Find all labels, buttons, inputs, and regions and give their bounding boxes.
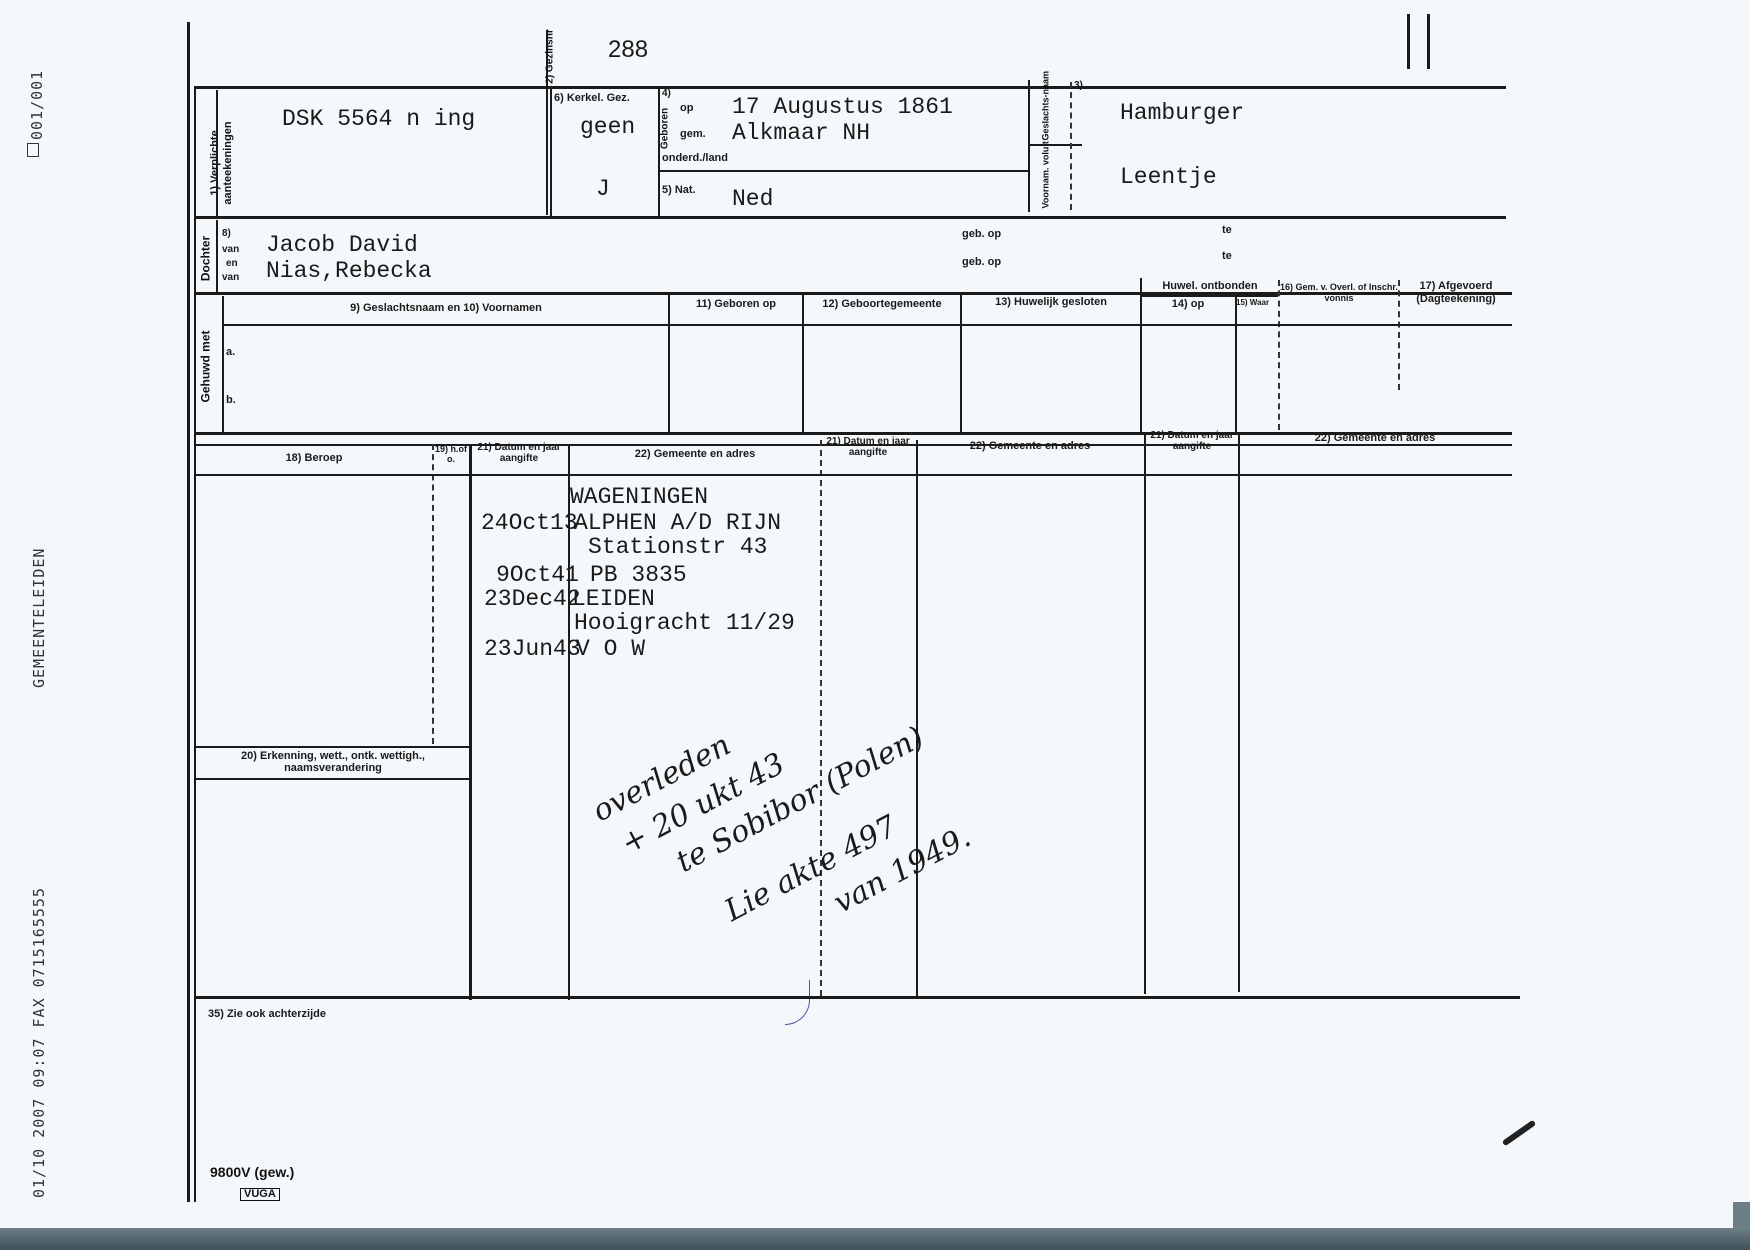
dochter-label: Dochter [200,229,213,289]
fax-page-number: 001/001 [28,70,46,140]
geslachtsnaam-value: Hamburger [1120,100,1244,126]
address-text: WAGENINGEN [570,484,708,510]
op-value: 17 Augustus 1861 [732,94,953,120]
van-label-2: van [222,272,239,283]
en-label: en [226,258,238,269]
address-text: PB 3835 [590,562,687,588]
scanner-edge [0,1228,1750,1250]
address-date: 23Dec42 [484,586,581,612]
fax-line: 01/10 2007 09:07 FAX 0715165555 [30,887,48,1198]
huwelijk-header-gemeente: 12) Geboortegemeente [804,298,960,310]
geb-op-label-1: geb. op [962,228,1001,240]
fax-sender: GEMEENTELEIDEN [30,548,48,688]
gem-label: gem. [680,128,706,140]
address-date: 9Oct41 [496,562,579,588]
gemeente-label-2: 22) Gemeente en adres [918,440,1142,452]
beroep-label: 18) Beroep [196,452,432,464]
geb-op-label-2: geb. op [962,256,1001,268]
gezinsnr-value: 288 [608,36,648,64]
huwelijk-header-op: 14) op [1142,298,1234,310]
nat-value: Ned [732,186,773,212]
address-text: ALPHEN A/D RIJN [574,510,781,536]
address-text: Stationstr 43 [588,534,767,560]
scanner-edge-corner [1733,1202,1750,1230]
huwelijk-header-naam: 9) Geslachtsnaam en 10) Voornamen [224,302,668,314]
geboren-label: Geboren [659,104,672,154]
huwelijk-row-a: a. [226,346,235,358]
gemeente-label-3: 22) Gemeente en adres [1240,432,1510,444]
gemeente-label-1: 22) Gemeente en adres [570,448,820,460]
fax-icon [27,143,39,157]
form-code: 9800V (gew.) [210,1164,294,1180]
onderd-label: onderd./land [662,152,728,164]
address-date: 23Jun43 [484,636,581,662]
gehuwd-label: Gehuwd met [200,327,213,407]
geboren-num: 4) [662,88,671,99]
huwelijk-header-gesloten: 13) Huwelijk gesloten [962,296,1140,308]
printer-mark: VUGA [240,1188,280,1201]
vader-name: Jacob David [266,232,418,258]
te-label-2: te [1222,250,1232,262]
datum-label-3: 21) Datum en jaar aangifte [1146,430,1238,452]
kerkgez-label: 6) Kerkel. Gez. [554,92,630,104]
geslachtsnaam-label: Geslachts-naam [1040,81,1053,141]
van-label-1: van [222,244,239,255]
kerkgez-value: geen [580,114,635,140]
gezinsnr-label: 2) Gezinsnr [544,27,557,87]
voornaam-label: Voornam. voluit [1040,149,1053,209]
pen-mark [785,980,810,1025]
te-label-1: te [1222,224,1232,236]
scan-smudge [1502,1120,1537,1147]
datum-label-1: 21) Datum en jaar aangifte [472,442,566,464]
huwelijk-header-geboren: 11) Geboren op [670,298,802,310]
gem-value: Alkmaar NH [732,120,870,146]
address-text: V O W [576,636,645,662]
address-text: LEIDEN [572,586,655,612]
huwelijk-header-waar: 15) Waar [1236,298,1269,307]
huwelijk-header-afgevoerd: 17) Afgevoerd (Dagteekening) [1400,280,1512,306]
ouders-num: 8) [222,228,231,239]
address-date: 24Oct13 [481,510,578,536]
moeder-name: Nias,Rebecka [266,258,432,284]
erkenning-label: 20) Erkenning, wett., ontk. wettigh., na… [200,750,466,774]
kerkgez-extra: J [596,176,610,202]
geslachtsnaam-num: 3) [1074,80,1083,91]
huwelijk-header-ontbonden: Huwel. ontbonden [1142,280,1278,292]
huwelijk-header-overl: 16) Gem. v. Overl. of Inschr. vonnis [1280,282,1398,304]
zie-ook-label: 35) Zie ook achterzijde [208,1008,326,1020]
hofo-label: 19) h.of o. [433,444,469,464]
nat-label: 5) Nat. [662,184,696,196]
verplichte-value: DSK 5564 n ing [282,106,475,132]
voornaam-value: Leentje [1120,164,1217,190]
datum-label-2: 21) Datum en jaar aangifte [822,436,914,458]
huwelijk-row-b: b. [226,394,236,406]
op-label: op [680,102,693,114]
verplichte-label: 1) Verplichte aanteekeningen [209,103,235,223]
